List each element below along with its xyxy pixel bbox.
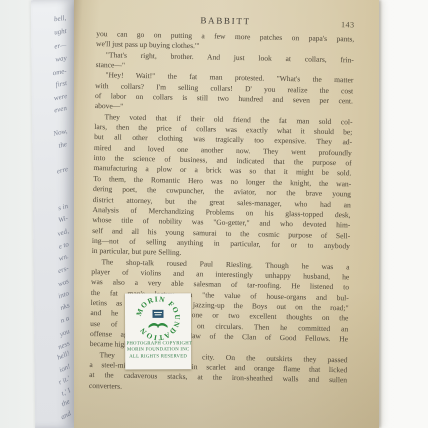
photo-background: bell,ughter—wayome-firstwereevenNow,thee… [0, 0, 428, 428]
facing-page-fragment: s in [57, 202, 69, 212]
library-sticker: MORIN FOUNDATION PHOTOGRAPH COPYRIGHT MO… [125, 293, 191, 369]
page-content: BABBITT 143 you can go on putting a few … [65, 0, 379, 428]
facing-page-fragment: were [53, 92, 68, 102]
facing-page-fragment: Wi- [58, 214, 70, 224]
facing-page-fragment: e to [57, 240, 69, 251]
facing-page-fragment: erre [55, 165, 68, 176]
seal-ring-text: MORIN FOUNDATION [135, 295, 181, 341]
svg-text:MORIN FOUNDATION: MORIN FOUNDATION [135, 295, 181, 341]
facing-page-fragment: the [58, 140, 68, 150]
facing-page-fragment: Now, [53, 127, 68, 138]
facing-page-fragment: bell, [53, 14, 66, 23]
facing-page-fragment: er— [54, 41, 67, 51]
open-book-icon [148, 310, 167, 328]
sticker-caption-line: ALL RIGHTS RESERVED [126, 354, 189, 360]
book-page: BABBITT 143 you can go on putting a few … [74, 0, 379, 428]
page-number: 143 [341, 20, 355, 29]
facing-page-fragment: even [54, 104, 68, 114]
page-header: BABBITT 143 [96, 13, 354, 30]
facing-page-fragment: ved, [56, 227, 69, 238]
facing-page-fragment: first [55, 79, 68, 89]
facing-page-fragment: ome- [52, 67, 67, 77]
sticker-caption-line: MORIN FOUNDATION INC [126, 348, 189, 354]
page-title: BABBITT [97, 13, 355, 28]
facing-page-fragment: way [55, 54, 67, 64]
foundation-seal: MORIN FOUNDATION [135, 295, 181, 341]
facing-page-fragment: ught [53, 27, 66, 37]
